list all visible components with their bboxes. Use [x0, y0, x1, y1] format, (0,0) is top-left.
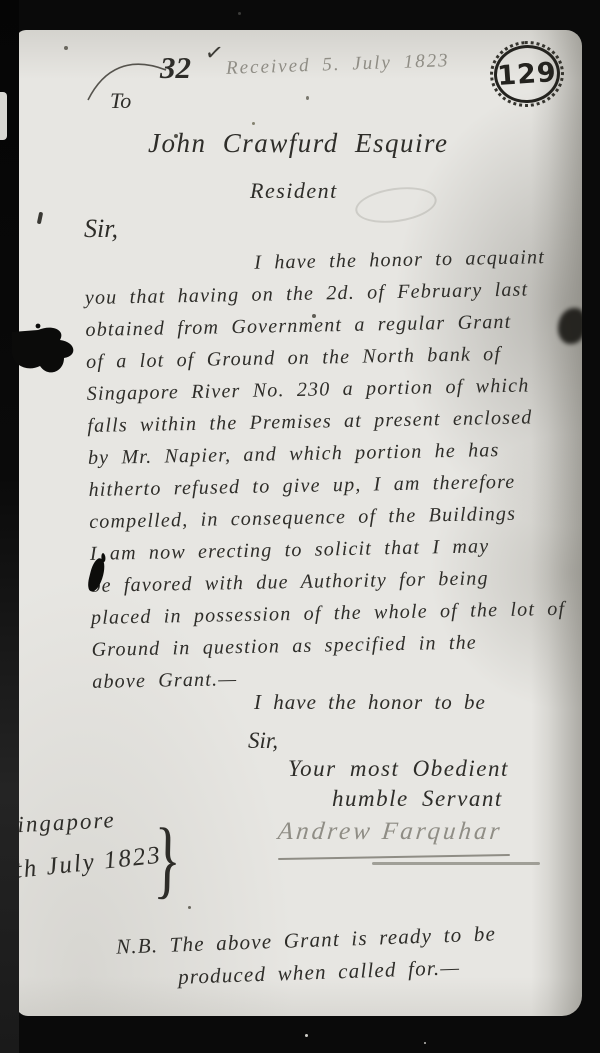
- ink-smudge: [558, 308, 582, 344]
- closing-line-3: Your most Obedient: [288, 756, 509, 782]
- place-name: Singapore: [16, 807, 116, 839]
- closing-line-4: humble Servant: [332, 786, 503, 812]
- letter-body: I have the honor to acquaint you that ha…: [84, 241, 582, 698]
- paper-speck: [306, 96, 309, 100]
- postscript-line-2: produced when called for.—: [178, 955, 461, 990]
- stray-ink-mark: [37, 212, 43, 225]
- margin-speck: [424, 1042, 426, 1044]
- margin-speck: [305, 1034, 308, 1037]
- ink-ghost-mark: [353, 182, 439, 227]
- signature: Andrew Farquhar: [277, 818, 504, 846]
- binding-paper-sliver: [0, 92, 7, 140]
- ink-blot-icon: [12, 318, 90, 396]
- received-note: Received 5. July 1823: [226, 50, 450, 80]
- address-to-label: To: [110, 88, 131, 114]
- docket-number: 32: [160, 50, 191, 86]
- recipient-name: John Crawfurd Esquire: [148, 128, 449, 159]
- closing-line-1: I have the honor to be: [254, 690, 486, 715]
- closing-line-2: Sir,: [248, 728, 278, 754]
- salutation: Sir,: [84, 214, 118, 244]
- scan-background: 32 ✓ Received 5. July 1823 To John Crawf…: [0, 0, 600, 1053]
- paper-speck: [64, 46, 68, 50]
- recipient-title: Resident: [250, 178, 338, 204]
- book-binding: [0, 0, 19, 1053]
- page-number: 129: [496, 56, 557, 91]
- checkmark-icon: ✓: [203, 39, 225, 67]
- postscript-line-1: N.B. The above Grant is ready to be: [116, 921, 497, 959]
- brace-mark: }: [153, 810, 182, 911]
- paper-speck: [188, 906, 191, 909]
- letter-page: 32 ✓ Received 5. July 1823 To John Crawf…: [16, 30, 582, 1016]
- signature-underline: [278, 854, 510, 860]
- paper-speck: [312, 314, 316, 318]
- paper-speck: [174, 134, 178, 138]
- paper-speck: [252, 122, 255, 125]
- date-line: 5th July 1823: [16, 842, 163, 887]
- signature-underline-2: [372, 862, 540, 865]
- margin-speck: [238, 12, 241, 15]
